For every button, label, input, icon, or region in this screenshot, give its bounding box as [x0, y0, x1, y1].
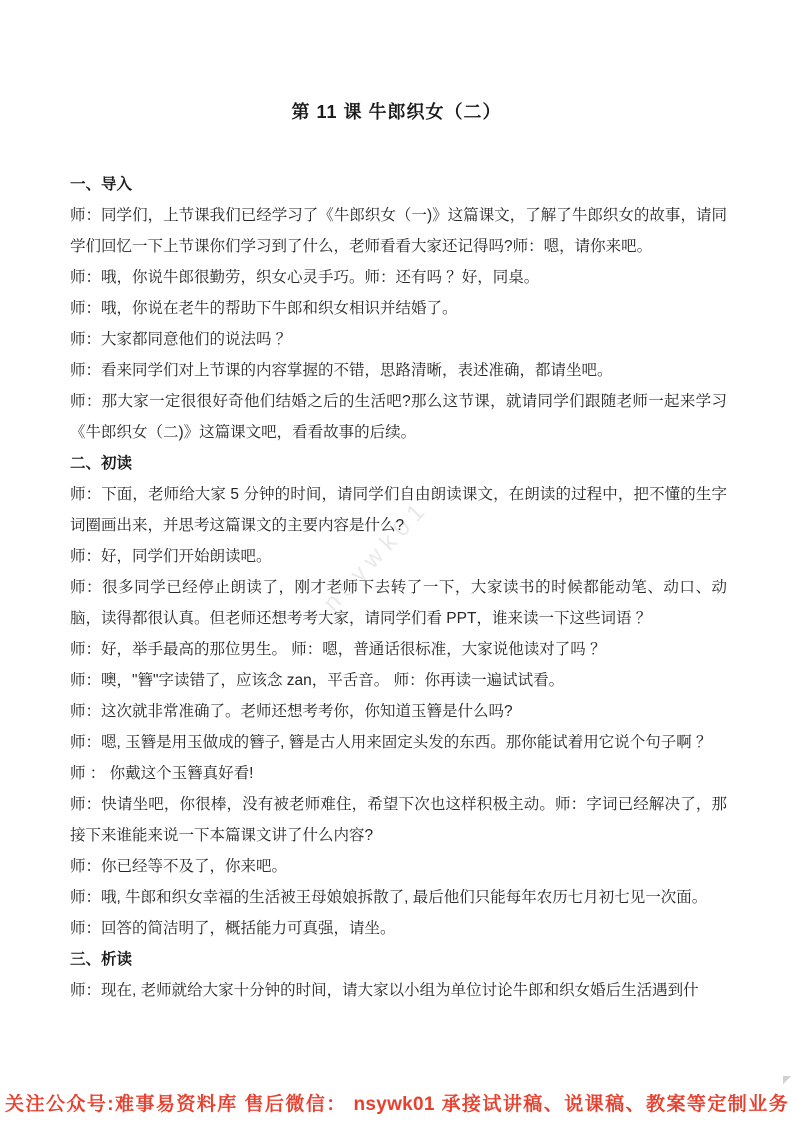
paragraph: 师：大家都同意他们的说法吗 ？: [70, 324, 727, 355]
paragraph: 师：很多同学已经停止朗读了，刚才老师下去转了一下，大家读书的时候都能动笔、动口、…: [70, 572, 727, 634]
section-heading-2: 二、初读: [70, 448, 727, 479]
paragraph: 师：哦，你说在老牛的帮助下牛郎和织女相识并结婚了。: [70, 293, 727, 324]
section-heading-1: 一、导入: [70, 169, 727, 200]
paragraph: 师：你已经等不及了，你来吧。: [70, 851, 727, 882]
page-title: 第 11 课 牛郎织女（二）: [0, 98, 793, 124]
paragraph: 师：嗯, 玉簪是用玉做成的簪子, 簪是古人用来固定头发的东西。那你能试着用它说个…: [70, 727, 727, 758]
edge-artifact-mark: [783, 1076, 793, 1087]
section-heading-3: 三、析读: [70, 944, 727, 975]
footer-notice: 关注公众号:难事易资料库 售后微信： nsywk01 承接试讲稿、说课稿、教案等…: [0, 1089, 793, 1116]
paragraph: 师：这次就非常准确了。老师还想考考你，你知道玉簪是什么吗?: [70, 696, 727, 727]
document-page: 第 11 课 牛郎织女（二） nsywk01 一、导入师：同学们，上节课我们已经…: [0, 0, 793, 1122]
paragraph: 师 ： 你戴这个玉簪真好看!: [70, 758, 727, 789]
paragraph: 师：快请坐吧，你很棒，没有被老师难住，希望下次也这样积极主动。师：字词已经解决了…: [70, 789, 727, 851]
paragraph: 师：噢，"簪"字读错了，应该念 zan，平舌音。 师：你再读一遍试试看。: [70, 665, 727, 696]
paragraph: 师：看来同学们对上节课的内容掌握的不错，思路清晰，表述准确，都请坐吧。: [70, 355, 727, 386]
paragraph: 师：好，举手最高的那位男生。 师：嗯，普通话很标准，大家说他读对了吗 ？: [70, 634, 727, 665]
document-body: 一、导入师：同学们，上节课我们已经学习了《牛郎织女（一)》这篇课文，了解了牛郎织…: [70, 169, 727, 1006]
paragraph: 师：那大家一定很很好奇他们结婚之后的生活吧?那么这节课，就请同学们跟随老师一起来…: [70, 386, 727, 448]
paragraph: 师：好，同学们开始朗读吧。: [70, 541, 727, 572]
paragraph: 师：哦，你说牛郎很勤劳，织女心灵手巧。师：还有吗 ？好，同桌。: [70, 262, 727, 293]
paragraph: 师：下面，老师给大家 5 分钟的时间，请同学们自由朗读课文，在朗读的过程中，把不…: [70, 479, 727, 541]
paragraph: 师：回答的简洁明了，概括能力可真强，请坐。: [70, 913, 727, 944]
paragraph: 师：现在, 老师就给大家十分钟的时间，请大家以小组为单位讨论牛郎和织女婚后生活遇…: [70, 975, 727, 1006]
paragraph: 师：哦, 牛郎和织女幸福的生活被王母娘娘拆散了, 最后他们只能每年农历七月初七见…: [70, 882, 727, 913]
paragraph: 师：同学们，上节课我们已经学习了《牛郎织女（一)》这篇课文，了解了牛郎织女的故事…: [70, 200, 727, 262]
